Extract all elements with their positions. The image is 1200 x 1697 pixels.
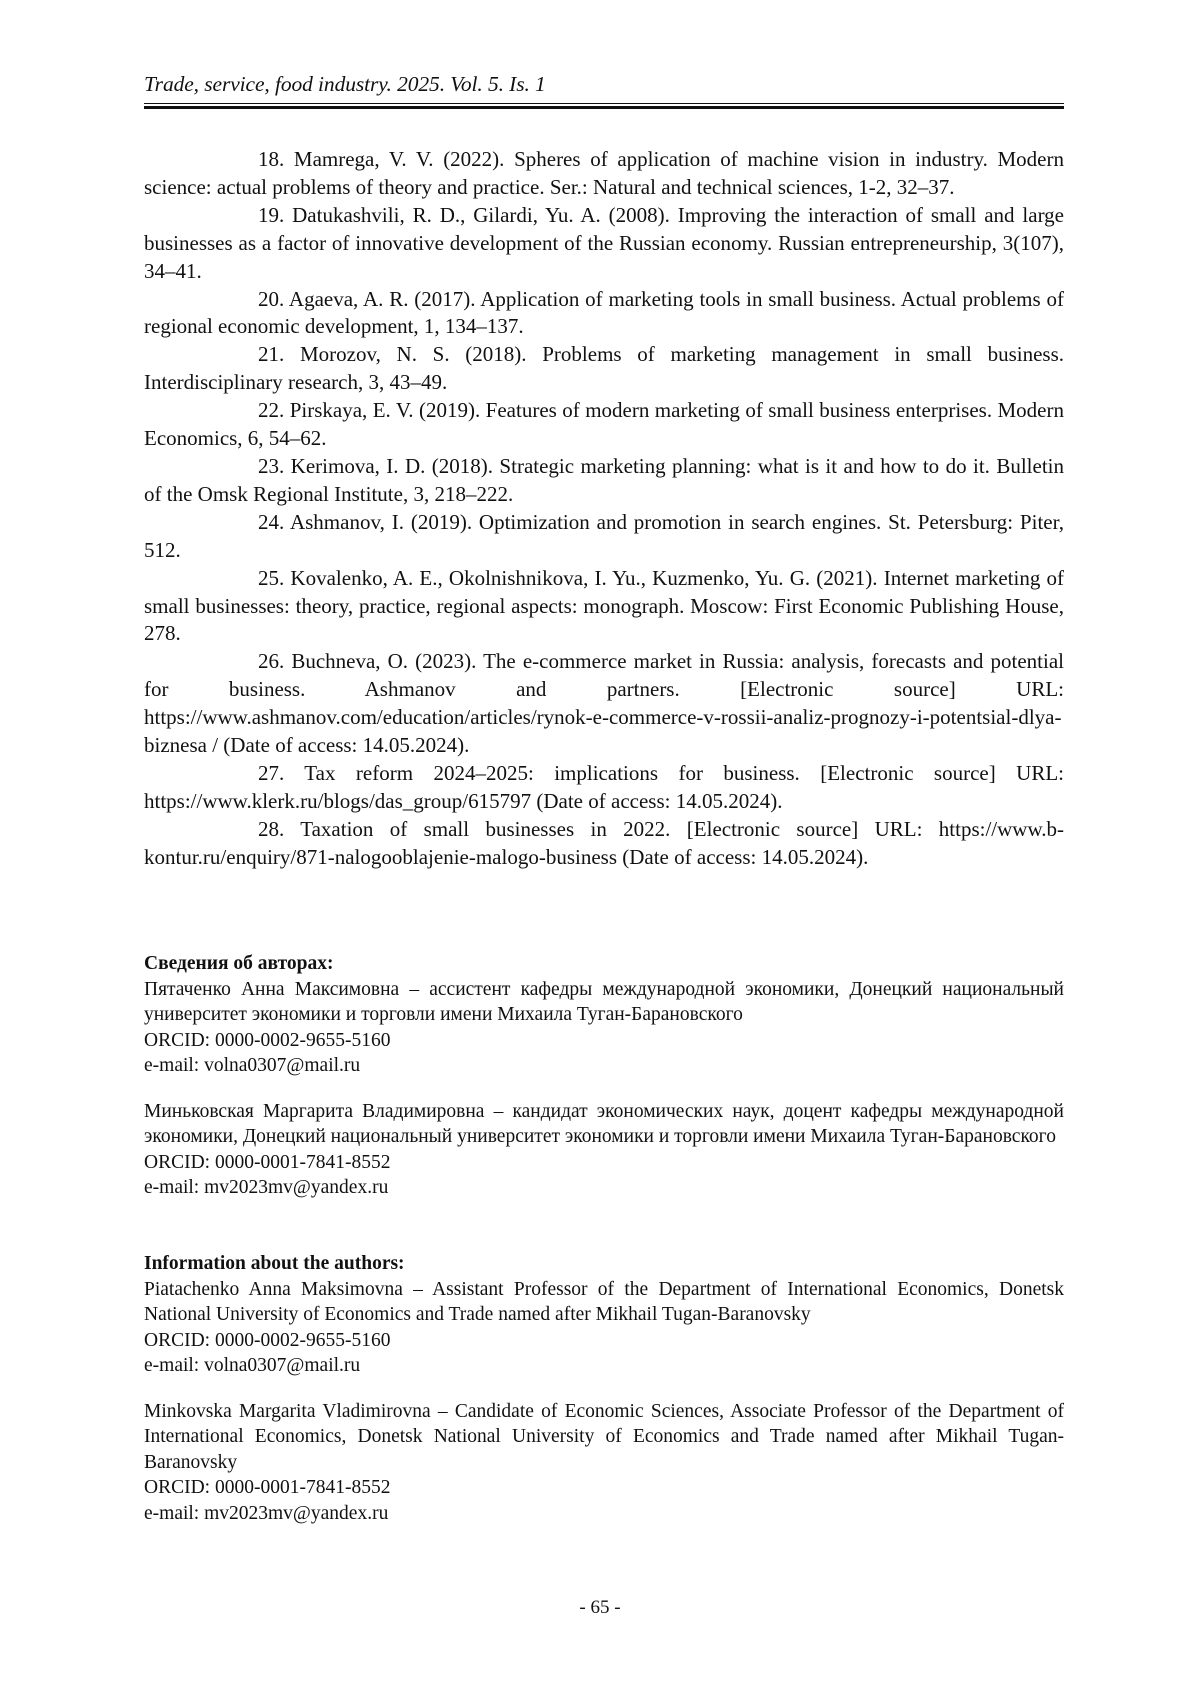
author-block-ru-2: Миньковская Маргарита Владимировна – кан… [144,1099,1064,1201]
authors-info-ru: Сведения об авторах: Пятаченко Анна Макс… [144,951,1064,1221]
reference-item-18: 18. Mamrega, V. V. (2022). Spheres of ap… [144,146,1064,202]
header-rule-thin [144,103,1064,104]
author-description: Minkovska Margarita Vladimirovna – Candi… [144,1399,1064,1476]
author-orcid: ORCID: 0000-0002-9655-5160 [144,1028,1064,1054]
reference-item-28: 28. Taxation of small businesses in 2022… [144,816,1064,872]
authors-info-en: Information about the authors: Piatachen… [144,1251,1064,1546]
author-email: e-mail: mv2023mv@yandex.ru [144,1175,1064,1201]
journal-title: Trade, service, food industry. 2025. Vol… [144,70,1064,98]
author-email: e-mail: volna0307@mail.ru [144,1353,1064,1379]
reference-item-23: 23. Kerimova, I. D. (2018). Strategic ma… [144,453,1064,509]
author-orcid: ORCID: 0000-0002-9655-5160 [144,1328,1064,1354]
author-email: e-mail: mv2023mv@yandex.ru [144,1501,1064,1527]
reference-item-20: 20. Agaeva, A. R. (2017). Application of… [144,286,1064,342]
author-block-ru-1: Пятаченко Анна Максимовна – ассистент ка… [144,977,1064,1079]
author-description: Piatachenko Anna Maksimovna – Assistant … [144,1277,1064,1328]
section-title-en: Information about the authors: [144,1251,1064,1277]
reference-item-22: 22. Pirskaya, E. V. (2019). Features of … [144,397,1064,453]
author-orcid: ORCID: 0000-0001-7841-8552 [144,1150,1064,1176]
reference-list: 18. Mamrega, V. V. (2022). Spheres of ap… [144,146,1064,872]
reference-item-25: 25. Kovalenko, A. E., Okolnishnikova, I.… [144,565,1064,649]
header-rule-thick [144,106,1064,109]
reference-item-21: 21. Morozov, N. S. (2018). Problems of m… [144,341,1064,397]
section-title-ru: Сведения об авторах: [144,951,1064,977]
running-header: Trade, service, food industry. 2025. Vol… [144,70,1064,109]
reference-item-24: 24. Ashmanov, I. (2019). Optimization an… [144,509,1064,565]
reference-item-27: 27. Tax reform 2024–2025: implications f… [144,760,1064,816]
author-description: Пятаченко Анна Максимовна – ассистент ка… [144,977,1064,1028]
reference-item-19: 19. Datukashvili, R. D., Gilardi, Yu. A.… [144,202,1064,286]
author-email: e-mail: volna0307@mail.ru [144,1053,1064,1079]
author-block-en-2: Minkovska Margarita Vladimirovna – Candi… [144,1399,1064,1527]
author-block-en-1: Piatachenko Anna Maksimovna – Assistant … [144,1277,1064,1379]
page-number: - 65 - [0,1596,1200,1620]
author-orcid: ORCID: 0000-0001-7841-8552 [144,1475,1064,1501]
reference-item-26: 26. Buchneva, O. (2023). The e-commerce … [144,648,1064,760]
author-description: Миньковская Маргарита Владимировна – кан… [144,1099,1064,1150]
